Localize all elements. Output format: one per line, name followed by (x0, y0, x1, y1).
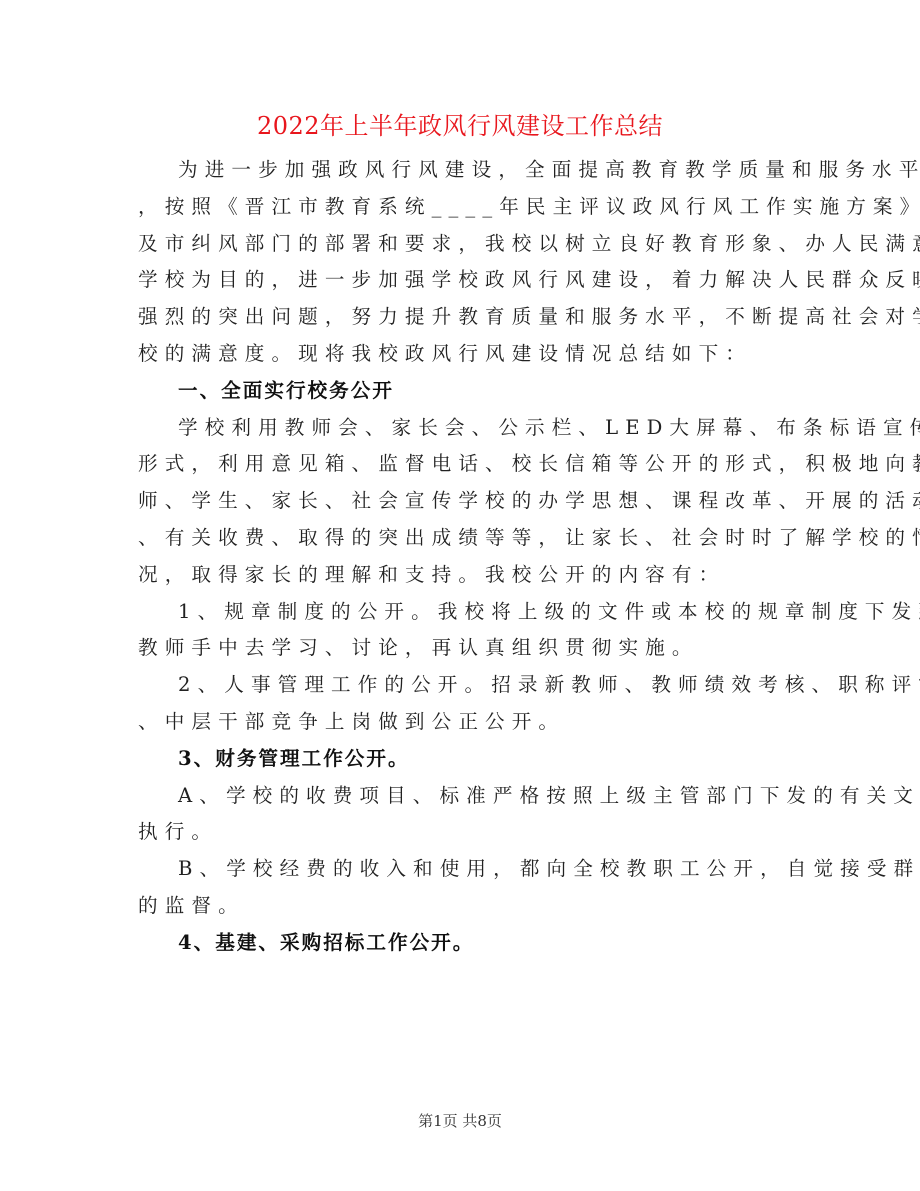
paragraph-line: 及市纠风部门的部署和要求，我校以树立良好教育形象、办人民满意 (138, 226, 783, 263)
paragraph-line: 形式，利用意见箱、监督电话、校长信箱等公开的形式，积极地向教 (138, 446, 783, 483)
paragraph-line: 为进一步加强政风行风建设，全面提高教育教学质量和服务水平 (138, 152, 783, 189)
list-item-line: 的监督。 (138, 888, 783, 925)
document-title: 2022年上半年政风行风建设工作总结 (0, 110, 920, 142)
list-item-line: 2、人事管理工作的公开。招录新教师、教师绩效考核、职称评审 (138, 667, 783, 704)
subsection-heading: 4、基建、采购招标工作公开。 (138, 925, 783, 962)
document-body: 为进一步加强政风行风建设，全面提高教育教学质量和服务水平 ，按照《晋江市教育系统… (138, 152, 783, 962)
paragraph-line: 校的满意度。现将我校政风行风建设情况总结如下： (138, 336, 783, 373)
paragraph-line: 况，取得家长的理解和支持。我校公开的内容有： (138, 557, 783, 594)
list-item-line: 教师手中去学习、讨论，再认真组织贯彻实施。 (138, 630, 783, 667)
list-item-line: 、中层干部竞争上岗做到公正公开。 (138, 704, 783, 741)
paragraph-line: 、有关收费、取得的突出成绩等等，让家长、社会时时了解学校的情 (138, 520, 783, 557)
paragraph-line: 强烈的突出问题，努力提升教育质量和服务水平，不断提高社会对学 (138, 299, 783, 336)
list-item-line: 执行。 (138, 814, 783, 851)
page-number-footer: 第1页 共8页 (0, 1110, 920, 1132)
list-item-line: A、学校的收费项目、标准严格按照上级主管部门下发的有关文件 (138, 778, 783, 815)
paragraph-line: 学校利用教师会、家长会、公示栏、LED大屏幕、布条标语宣传等 (138, 410, 783, 447)
subsection-heading: 3、财务管理工作公开。 (138, 741, 783, 778)
list-item-line: 1、规章制度的公开。我校将上级的文件或本校的规章制度下发到 (138, 594, 783, 631)
paragraph-line: 师、学生、家长、社会宣传学校的办学思想、课程改革、开展的活动 (138, 483, 783, 520)
section-heading: 一、全面实行校务公开 (138, 373, 783, 410)
list-item-line: B、学校经费的收入和使用，都向全校教职工公开，自觉接受群众 (138, 851, 783, 888)
paragraph-line: 学校为目的，进一步加强学校政风行风建设，着力解决人民群众反映 (138, 262, 783, 299)
paragraph-line: ，按照《晋江市教育系统____年民主评议政风行风工作实施方案》以 (138, 189, 783, 226)
document-page: 2022年上半年政风行风建设工作总结 为进一步加强政风行风建设，全面提高教育教学… (0, 0, 920, 1191)
